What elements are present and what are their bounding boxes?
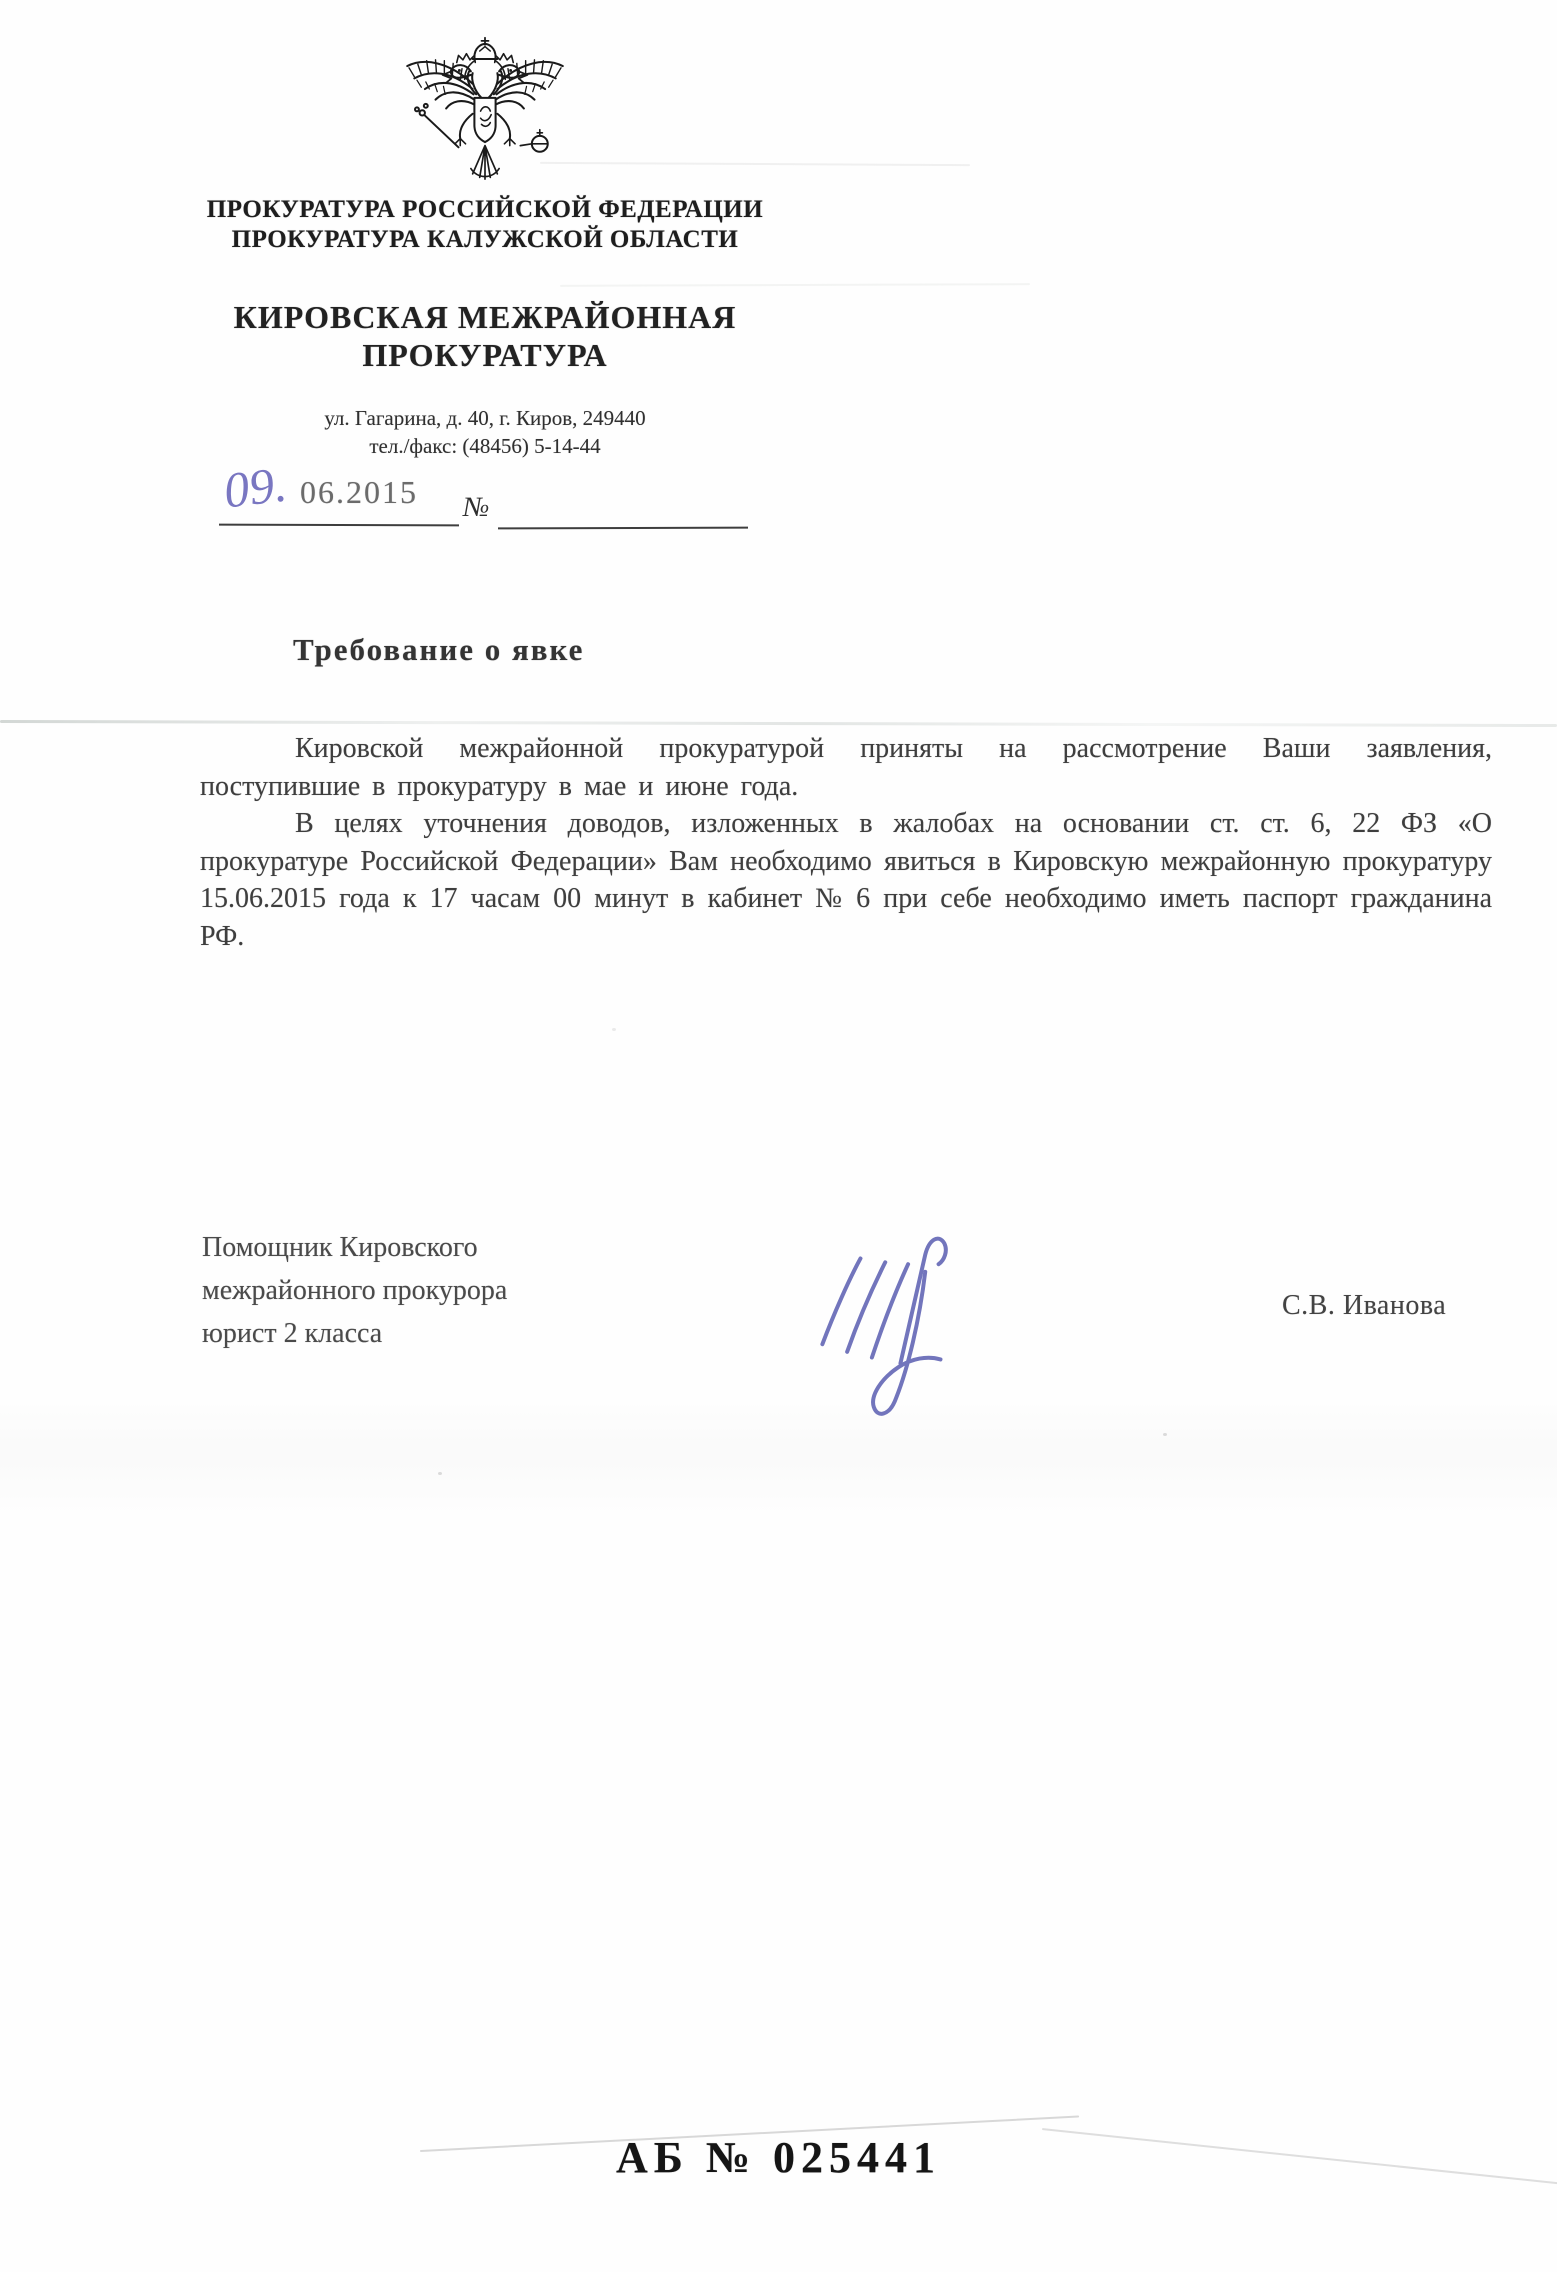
document-body: Кировской межрайонной прокуратурой приня… [200,730,1492,955]
address-block: ул. Гагарина, д. 40, г. Киров, 249440 те… [150,404,820,460]
number-underline [498,527,748,530]
letterhead: ПРОКУРАТУРА РОССИЙСКОЙ ФЕДЕРАЦИИ ПРОКУРА… [150,36,820,460]
form-number: АБ № 025441 [0,2132,1557,2183]
scan-speck [1163,1433,1167,1436]
scan-speck [612,1028,616,1031]
office-name-line2: ПРОКУРАТУРА [150,336,820,374]
paper-crease-line [0,720,1557,727]
position-line-3: юрист 2 класса [202,1312,507,1355]
coat-of-arms-icon [392,36,578,188]
scan-speck [438,1472,442,1475]
address-line: ул. Гагарина, д. 40, г. Киров, 249440 [150,404,820,432]
handwritten-date-day: 09. [221,454,290,519]
printed-date: 06.2015 [300,474,418,511]
phone-line: тел./факс: (48456) 5-14-44 [150,432,820,460]
handwritten-signature-icon [795,1228,985,1428]
signer-name: С.В. Иванова [1282,1290,1446,1322]
scanned-letter-page: ПРОКУРАТУРА РОССИЙСКОЙ ФЕДЕРАЦИИ ПРОКУРА… [0,0,1557,2272]
office-name: КИРОВСКАЯ МЕЖРАЙОННАЯ ПРОКУРАТУРА [150,298,820,374]
body-paragraph-2: В целях уточнения доводов, изложенных в … [200,805,1492,955]
paper-fold-shadow [0,1398,1557,1518]
org-name-line1: ПРОКУРАТУРА РОССИЙСКОЙ ФЕДЕРАЦИИ [150,196,820,224]
body-paragraph-1: Кировской межрайонной прокуратурой приня… [200,730,1492,805]
org-name-line2: ПРОКУРАТУРА КАЛУЖСКОЙ ОБЛАСТИ [150,226,820,254]
signer-position-block: Помощник Кировского межрайонного прокуро… [202,1226,507,1355]
office-name-line1: КИРОВСКАЯ МЕЖРАЙОННАЯ [150,298,820,336]
position-line-2: межрайонного прокурора [202,1269,507,1312]
document-title: Требование о явке [293,632,584,668]
number-sign: № [463,492,489,524]
date-underline [219,524,459,527]
position-line-1: Помощник Кировского [202,1226,507,1269]
